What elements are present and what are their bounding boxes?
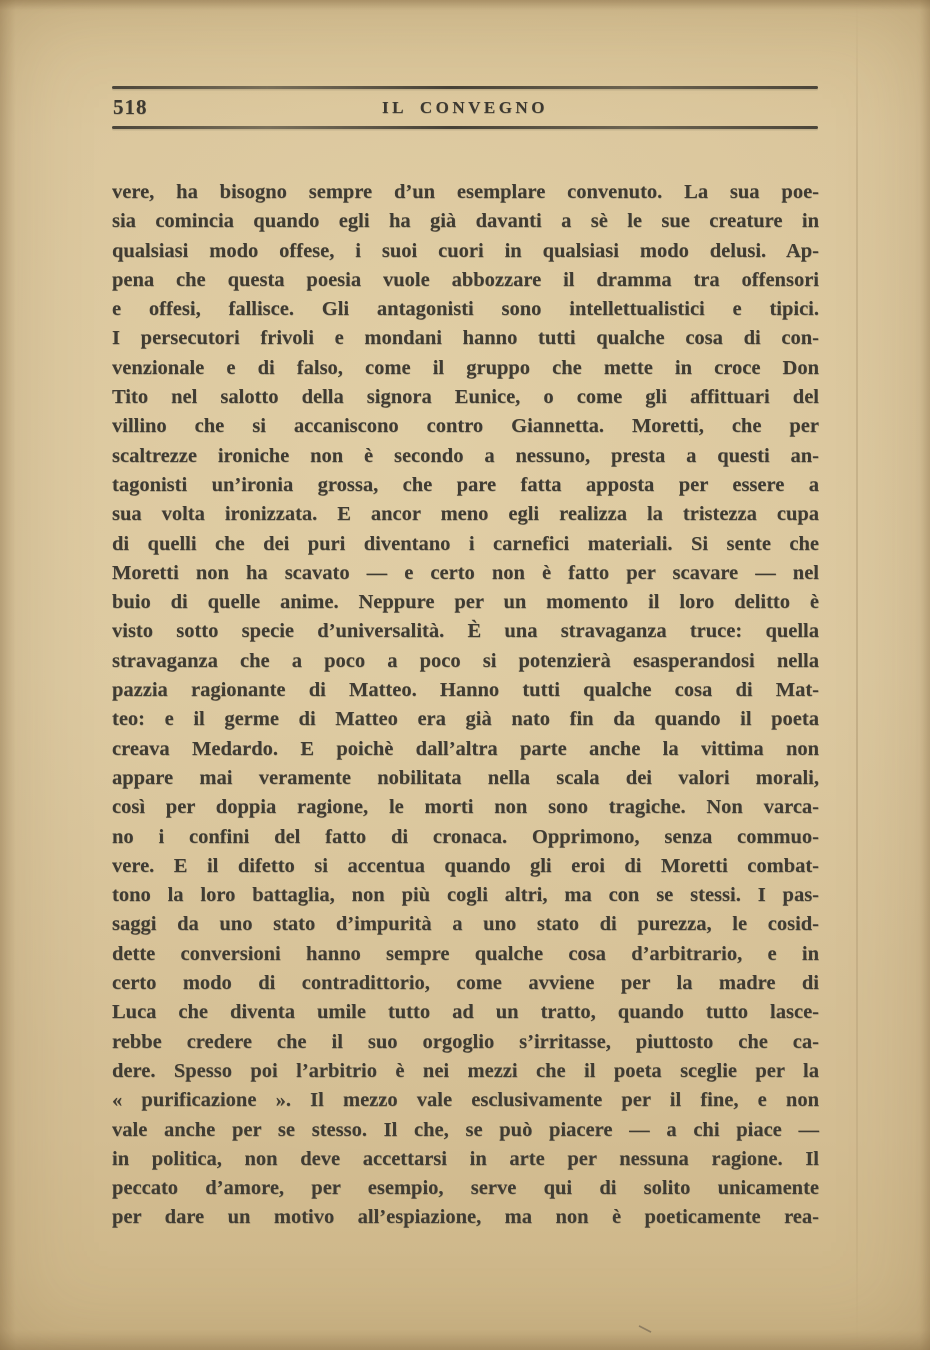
text-line: villino che si accaniscono contro Gianne… xyxy=(112,412,819,441)
text-line: teo: e il germe di Matteo era già nato f… xyxy=(112,705,819,734)
text-line: no i confini del fatto di cronaca. Oppri… xyxy=(112,823,819,852)
page-crease xyxy=(856,0,858,1350)
text-line: « purificazione ». Il mezzo vale esclusi… xyxy=(112,1086,819,1115)
text-line: Tito nel salotto della signora Eunice, o… xyxy=(112,383,819,412)
text-line: in politica, non deve accettarsi in arte… xyxy=(112,1145,819,1174)
text-line: pena che questa poesia vuole abbozzare i… xyxy=(112,266,819,295)
page-header: 518 IL CONVEGNO xyxy=(112,86,818,129)
journal-title: IL CONVEGNO xyxy=(112,98,818,118)
text-line: sia comincia quando egli ha già davanti … xyxy=(112,207,819,236)
text-line: tagonisti un’ironia grossa, che pare fat… xyxy=(112,471,819,500)
text-line: I persecutori frivoli e mondani hanno tu… xyxy=(112,324,819,353)
text-line: vere, ha bisogno sempre d’un esemplare c… xyxy=(112,178,819,207)
text-line: creava Medardo. E poichè dall’altra part… xyxy=(112,735,819,764)
text-line: visto sotto specie d’universalità. È una… xyxy=(112,617,819,646)
text-line: dere. Spesso poi l’arbitrio è nei mezzi … xyxy=(112,1057,819,1086)
text-line: Moretti non ha scavato — e certo non è f… xyxy=(112,559,819,588)
text-line: venzionale e di falso, come il gruppo ch… xyxy=(112,354,819,383)
text-line: e offesi, fallisce. Gli antagonisti sono… xyxy=(112,295,819,324)
text-line: saggi da uno stato d’impurità a uno stat… xyxy=(112,910,819,939)
text-line: Luca che diventa umile tutto ad un tratt… xyxy=(112,998,819,1027)
body-text: vere, ha bisogno sempre d’un esemplare c… xyxy=(112,178,819,1233)
header-row: 518 IL CONVEGNO xyxy=(112,89,818,126)
text-line: qualsiasi modo offese, i suoi cuori in q… xyxy=(112,237,819,266)
text-line: peccato d’amore, per esempio, serve qui … xyxy=(112,1174,819,1203)
text-line: scaltrezze ironiche non è secondo a ness… xyxy=(112,442,819,471)
text-line: buio di quelle anime. Neppure per un mom… xyxy=(112,588,819,617)
text-line: così per doppia ragione, le morti non so… xyxy=(112,793,819,822)
text-line: dette conversioni hanno sempre qualche c… xyxy=(112,940,819,969)
text-line: rebbe credere che il suo orgoglio s’irri… xyxy=(112,1028,819,1057)
text-line: appare mai veramente nobilitata nella sc… xyxy=(112,764,819,793)
text-line: di quelli che dei puri diventano i carne… xyxy=(112,530,819,559)
text-line: per dare un motivo all’espiazione, ma no… xyxy=(112,1203,819,1232)
text-line: pazzia ragionante di Matteo. Hanno tutti… xyxy=(112,676,819,705)
header-rule-bottom xyxy=(112,126,818,129)
text-line: vere. E il difetto si accentua quando gl… xyxy=(112,852,819,881)
text-line: stravaganza che a poco a poco si potenzi… xyxy=(112,647,819,676)
text-line: certo modo di contradittorio, come avvie… xyxy=(112,969,819,998)
scanned-book-page: 518 IL CONVEGNO vere, ha bisogno sempre … xyxy=(0,0,930,1350)
text-line: sua volta ironizzata. E ancor meno egli … xyxy=(112,500,819,529)
text-line: tono la loro battaglia, non più cogli al… xyxy=(112,881,819,910)
text-line: vale anche per se stesso. Il che, se può… xyxy=(112,1116,819,1145)
pencil-mark xyxy=(638,1325,651,1333)
